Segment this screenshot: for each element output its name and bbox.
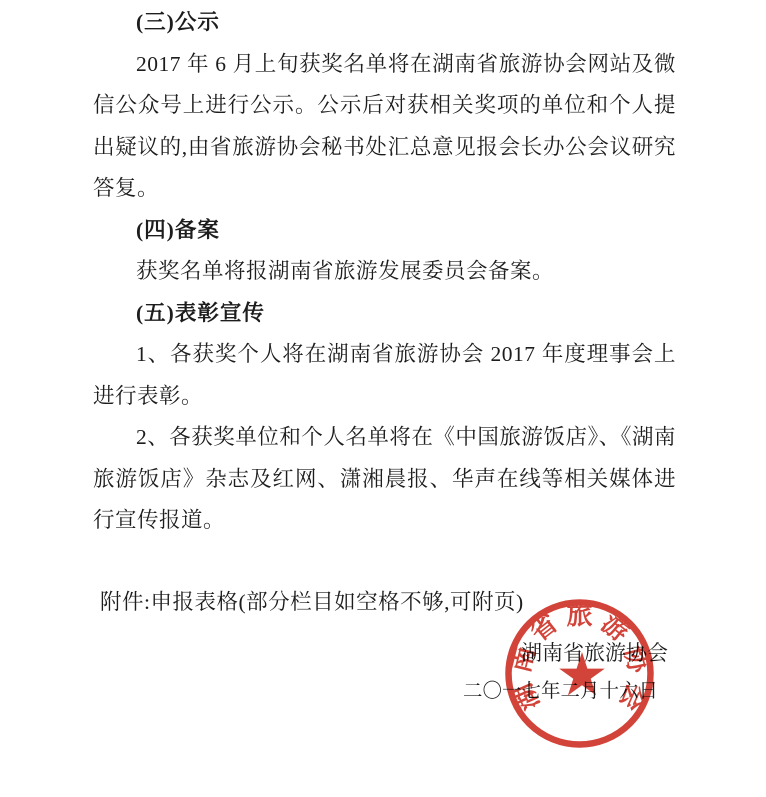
official-seal: 湖 南 省 旅 游 协 会 bbox=[503, 596, 656, 755]
seal-char-1: 湖 bbox=[508, 679, 545, 715]
document-body: (三)公示 2017 年 6 月上旬获奖名单将在湖南省旅游协会网站及微信公众号上… bbox=[0, 0, 766, 623]
paragraph-commendation-1: 1、各获奖个人将在湖南省旅游协会 2017 年度理事会上进行表彰。 bbox=[93, 334, 676, 417]
seal-char-4: 旅 bbox=[566, 601, 592, 630]
seal-star-icon bbox=[559, 652, 605, 695]
paragraph-commendation-2: 2、各获奖单位和个人名单将在《中国旅游饭店》、《湖南旅游饭店》杂志及红网、潇湘晨… bbox=[93, 417, 676, 542]
paragraph-publicity: 2017 年 6 月上旬获奖名单将在湖南省旅游协会网站及微信公众号上进行公示。公… bbox=[93, 44, 676, 210]
section-heading-publicity: (三)公示 bbox=[93, 2, 676, 44]
paragraph-filing: 获奖名单将报湖南省旅游发展委员会备案。 bbox=[93, 251, 676, 293]
section-heading-filing: (四)备案 bbox=[93, 210, 676, 252]
seal-char-2: 南 bbox=[506, 643, 540, 675]
section-heading-commendation: (五)表彰宣传 bbox=[93, 293, 676, 335]
seal-char-5: 游 bbox=[596, 608, 634, 647]
document-page: (三)公示 2017 年 6 月上旬获奖名单将在湖南省旅游协会网站及微信公众号上… bbox=[0, 0, 766, 797]
seal-char-7: 会 bbox=[614, 679, 651, 715]
seal-char-3: 省 bbox=[525, 608, 563, 647]
